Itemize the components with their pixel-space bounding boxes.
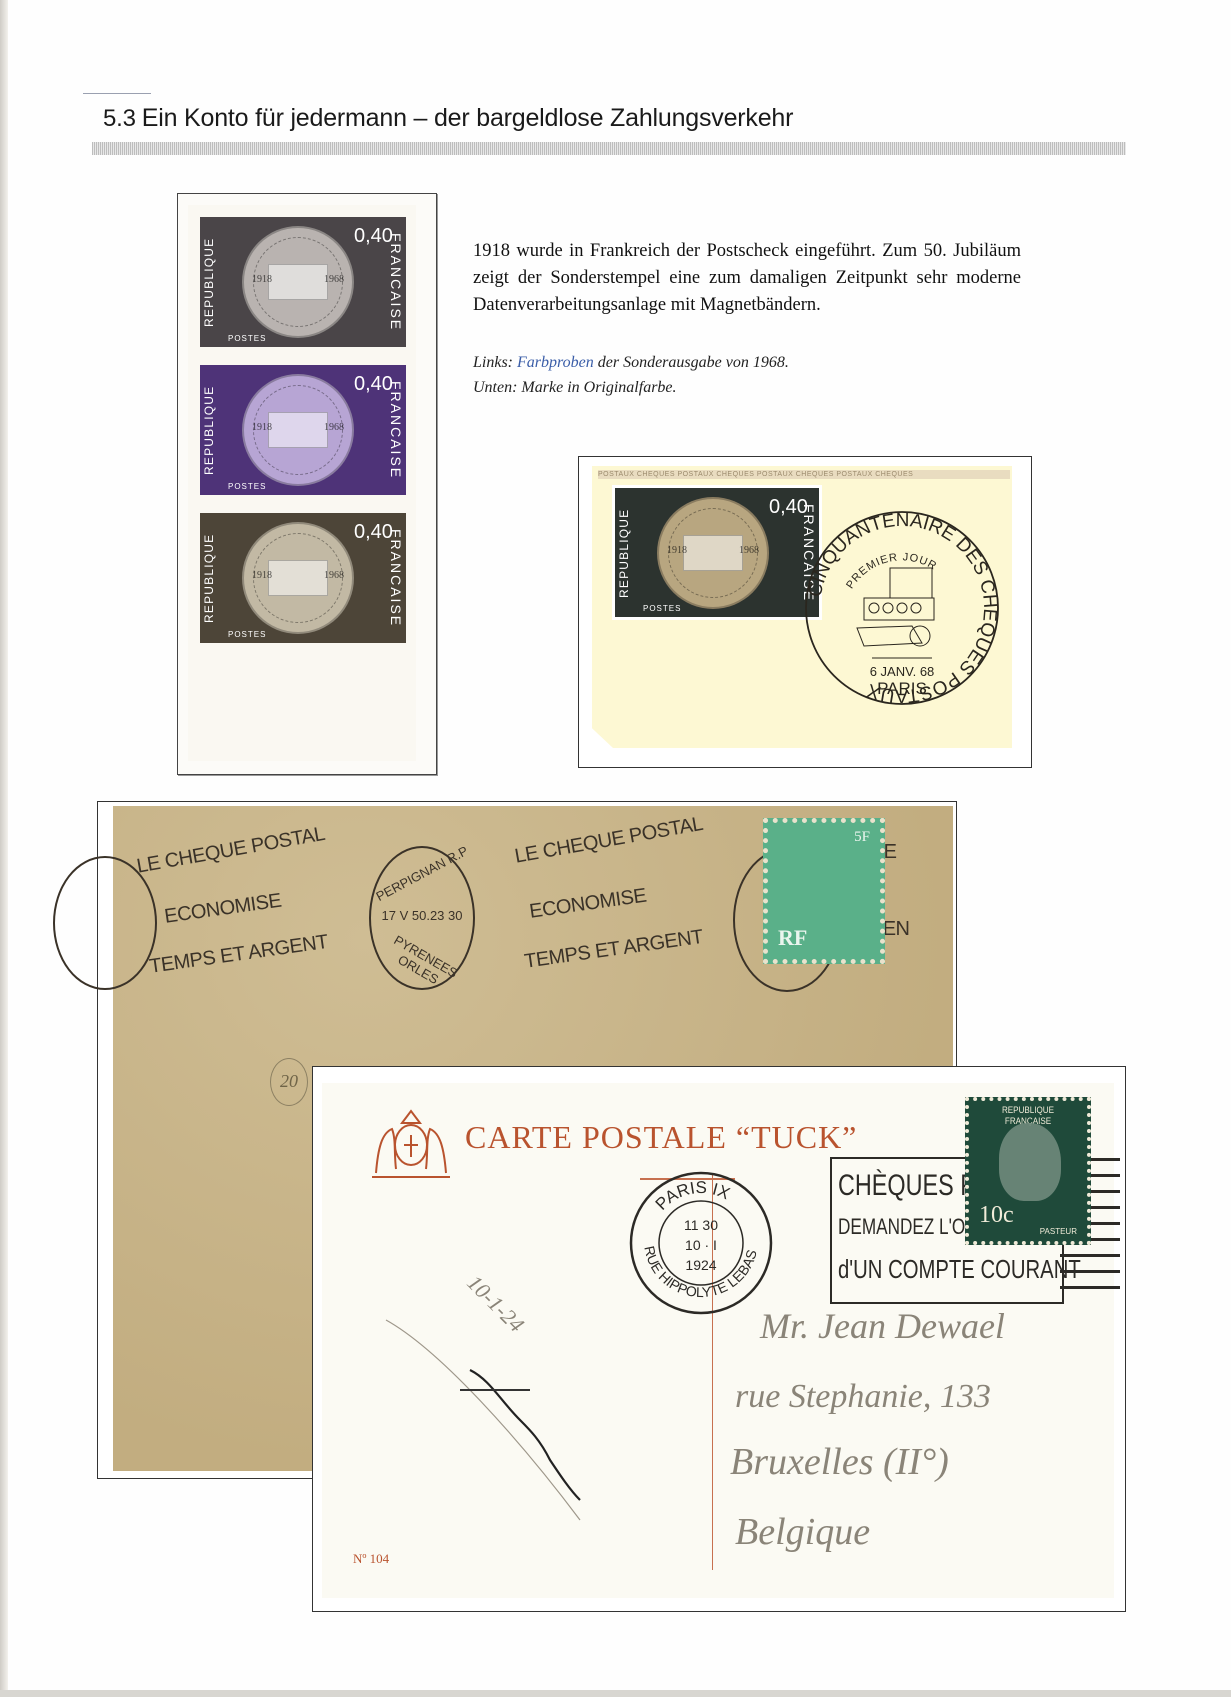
section-title: Ein Konto für jedermann – der bargeldlos…: [142, 104, 794, 132]
postmark-city: PERPIGNAN R.P: [373, 843, 470, 904]
stamp-country-left: REPUBLIQUE: [202, 217, 222, 347]
stamp-postes: POSTES: [643, 604, 681, 613]
stamp-name: PASTEUR: [1040, 1227, 1077, 1236]
page-edge: [0, 0, 8, 1697]
page-bottom-edge: [0, 1690, 1231, 1697]
description-paragraph: 1918 wurde in Frankreich der Postscheck …: [473, 238, 1021, 319]
slogan-2-line-1: LE CHEQUE POSTAL: [513, 813, 705, 869]
perpignan-postmark: PERPIGNAN R.P 17 V 50.23 30 PYRENEES ORL…: [369, 846, 475, 990]
svg-text:10 · I: 10 · I: [685, 1237, 717, 1253]
stamp-medal: 19181968: [242, 226, 354, 338]
address-line-2: rue Stephanie, 133: [735, 1378, 991, 1416]
stamp-medal: 19181968: [657, 497, 769, 609]
stamp-rf: RF: [778, 925, 807, 951]
royal-crest-icon: [368, 1103, 454, 1181]
stamp-country-left: REPUBLIQUE: [202, 365, 222, 495]
stamp-country-left: REPUBLIQUE: [617, 488, 637, 618]
stamp-medal: 19181968: [242, 522, 354, 634]
caption-prefix: Links:: [473, 354, 517, 371]
slogan-1-line-3: TEMPS ET ARGENT: [148, 931, 329, 979]
page-title: 5.3Ein Konto für jedermann – der bargeld…: [103, 104, 793, 133]
description: 1918 wurde in Frankreich der Postscheck …: [473, 238, 1021, 319]
first-day-cancel: CINQUANTENAIRE DES CHEQUES POSTAUX PREMI…: [802, 508, 1002, 708]
svg-text:11 30: 11 30: [684, 1217, 718, 1233]
stamp-medal: 19181968: [242, 374, 354, 486]
stamp-value: 5F: [854, 829, 870, 846]
flag-line-3: d'UN COMPTE COURANT: [838, 1254, 1081, 1285]
address-line-4: Belgique: [735, 1510, 870, 1554]
pasteur-10c-stamp: REPUBLIQUE FRANÇAISE 10c PASTEUR: [965, 1097, 1091, 1245]
svg-text:6 JANV. 68: 6 JANV. 68: [870, 664, 935, 679]
stamp-country-left: REPUBLIQUE: [202, 513, 222, 643]
stamp-value: 10c: [979, 1202, 1014, 1229]
colour-proofs-sheet: REPUBLIQUEFRANCAISE0,40POSTES19181968REP…: [188, 205, 416, 761]
postmark-region: PYRENEES ORLES: [370, 925, 473, 1002]
signature-scribble: [380, 1290, 640, 1570]
slogan-2-line-2: ECONOMISE: [528, 885, 648, 924]
stamp-postes: POSTES: [228, 334, 266, 343]
title-underline-hatch: [92, 142, 1126, 155]
stamp-postes: POSTES: [228, 482, 266, 491]
pasteur-portrait: [999, 1123, 1061, 1201]
caption: Links: Farbproben der Sonderausgabe von …: [473, 350, 789, 400]
caption-line-2: Unten: Marke in Originalfarbe.: [473, 375, 789, 400]
postcard-title: CARTE POSTALE “TUCK”: [465, 1119, 857, 1156]
header-rule: [83, 93, 151, 94]
colour-proof-stamp: REPUBLIQUEFRANCAISE0,40POSTES19181968: [200, 513, 406, 643]
slogan-2-line-3: TEMPS ET ARGENT: [523, 926, 704, 974]
address-line-1: Mr. Jean Dewael: [760, 1305, 1005, 1347]
original-colour-stamp: REPUBLIQUEFRANCAISE0,40POSTES19181968: [612, 485, 822, 620]
stamp-value: 0,40: [354, 373, 393, 396]
slogan-1-line-2: ECONOMISE: [163, 890, 283, 929]
svg-text:PARIS: PARIS: [877, 679, 927, 698]
marianne-5f-stamp: 5F RF: [763, 818, 885, 964]
colour-proof-stamp: REPUBLIQUEFRANCAISE0,40POSTES19181968: [200, 365, 406, 495]
svg-text:1924: 1924: [685, 1257, 716, 1273]
farbproben-link[interactable]: Farbproben: [517, 354, 594, 371]
address-line-3: Bruxelles (II°): [730, 1440, 949, 1484]
caption-line-1: Links: Farbproben der Sonderausgabe von …: [473, 350, 789, 375]
stamp-value: 0,40: [354, 225, 393, 248]
stamp-image: REPUBLIQUEFRANCAISE0,40POSTES19181968: [615, 488, 819, 617]
paris-postmark: PARIS IX RUE HIPPOLYTE LEBAS 11 30 10 · …: [626, 1168, 776, 1318]
stamp-value: 0,40: [354, 521, 393, 544]
sheet-selvage: POSTAUX CHEQUES POSTAUX CHEQUES POSTAUX …: [598, 470, 1010, 479]
slogan-1-line-1: LE CHEQUE POSTAL: [135, 823, 327, 879]
postmark-date: 17 V 50.23 30: [371, 908, 473, 923]
colour-proof-stamp: REPUBLIQUEFRANCAISE0,40POSTES19181968: [200, 217, 406, 347]
stamp-postes: POSTES: [228, 630, 266, 639]
svg-text:PREMIER JOUR: PREMIER JOUR: [844, 551, 939, 591]
pencil-note: 20: [270, 1058, 308, 1106]
section-number: 5.3: [103, 105, 136, 132]
caption-suffix: der Sonderausgabe von 1968.: [594, 354, 789, 371]
